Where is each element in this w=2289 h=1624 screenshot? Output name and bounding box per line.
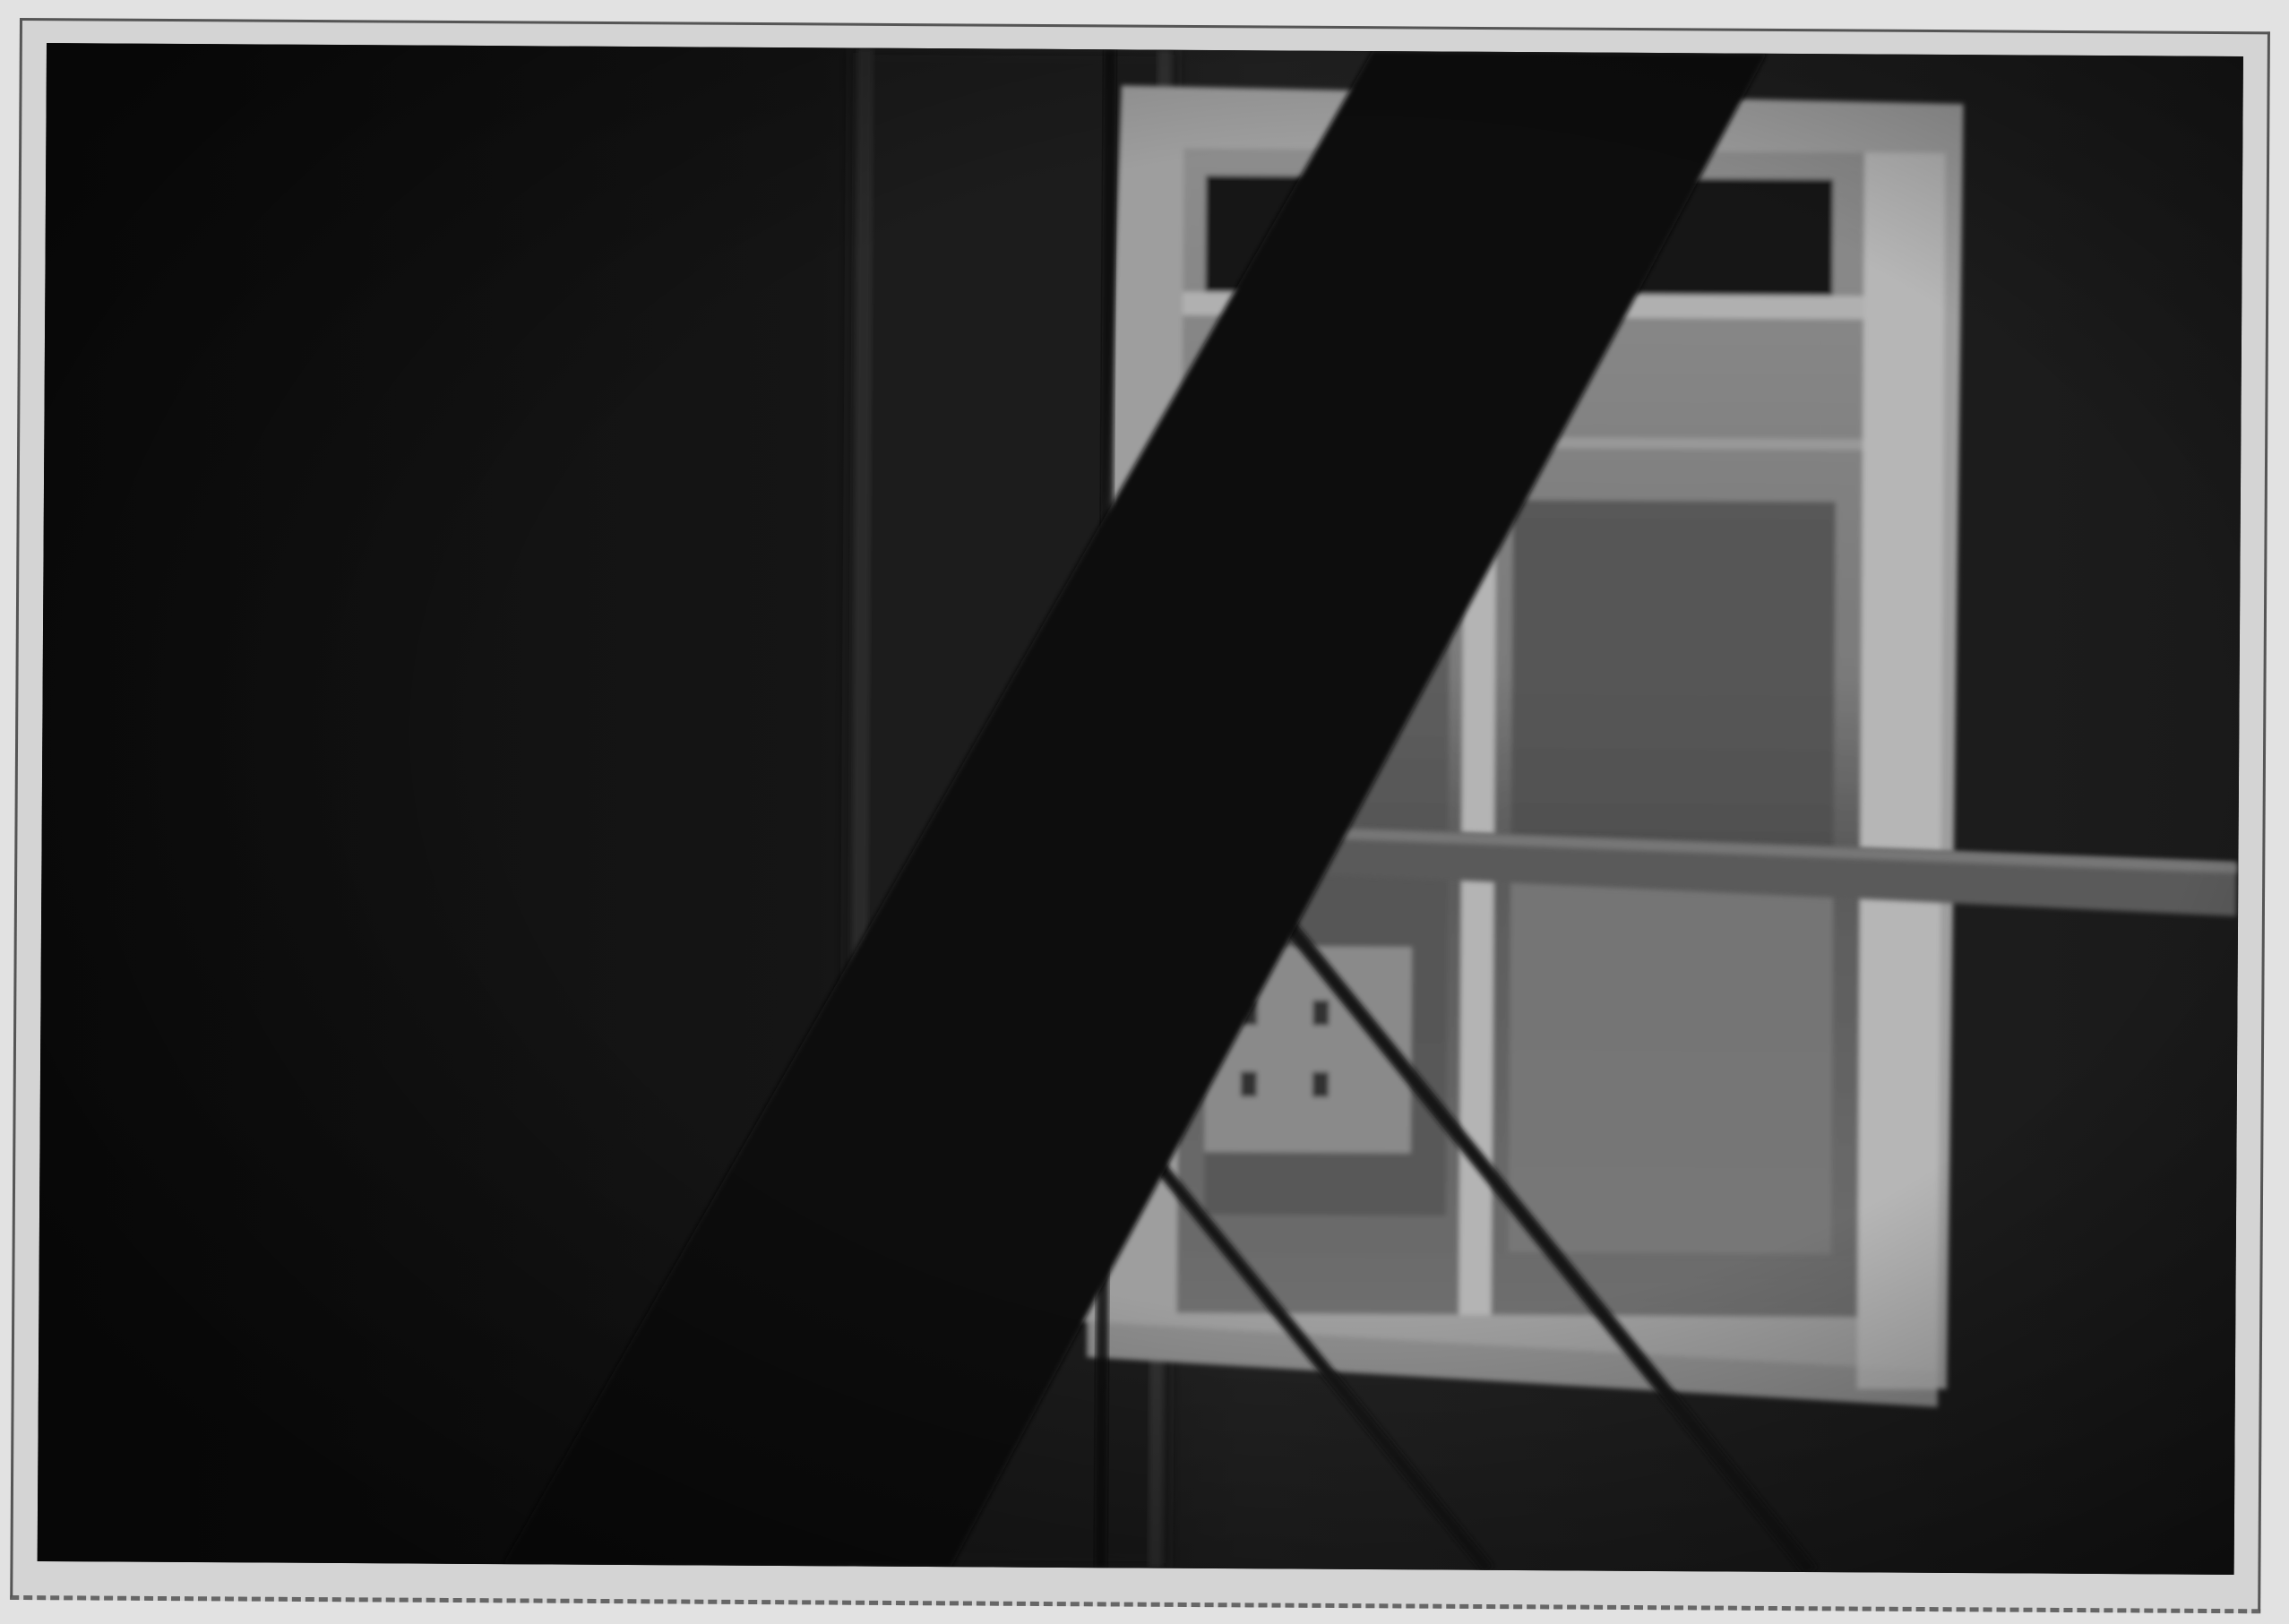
photo-scene [38,43,2243,1575]
photograph [38,43,2243,1575]
